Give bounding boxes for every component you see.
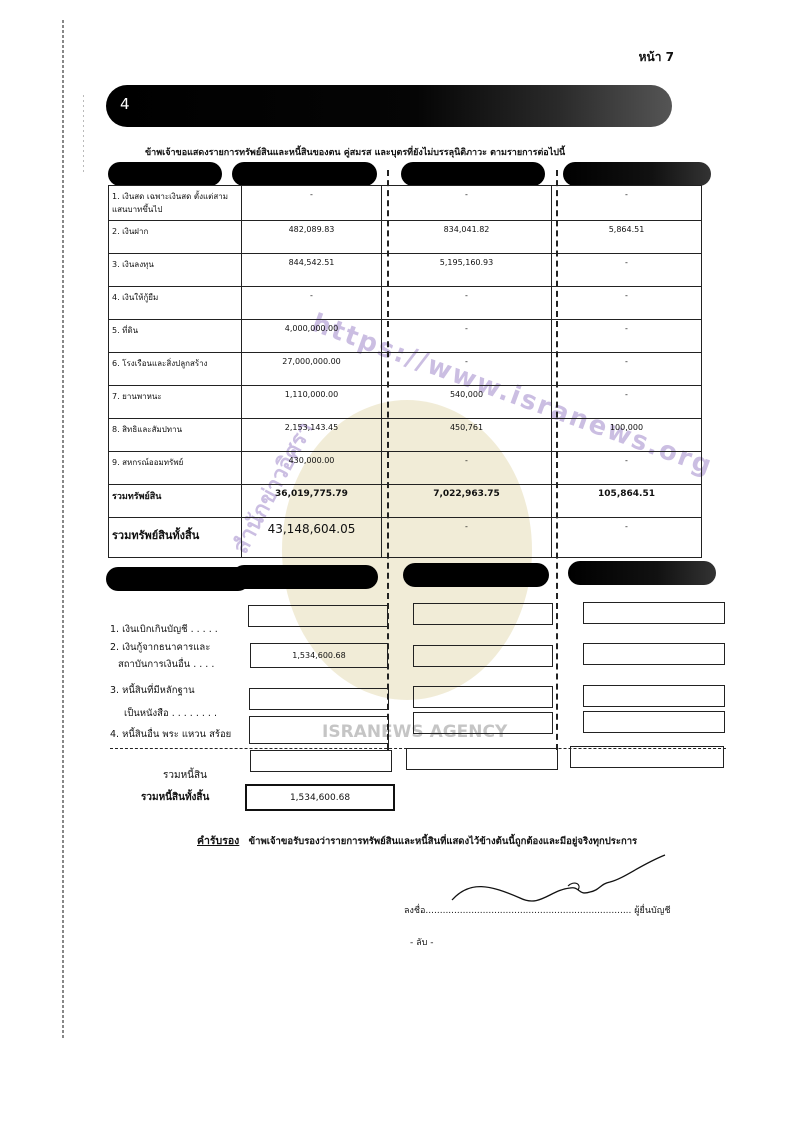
self-value: 482,089.83 [242, 221, 382, 254]
children-value: - [552, 452, 702, 485]
row-label: 5. ที่ดิน [109, 320, 242, 353]
liability-spouse-box-2 [413, 645, 553, 667]
spouse-value: - [382, 287, 552, 320]
certification-statement: คำรับรอง ข้าพเจ้าขอรับรองว่ารายการทรัพย์… [197, 832, 637, 849]
row-label: 3. เงินลงทุน [109, 254, 242, 287]
spouse-value: 5,195,160.93 [382, 254, 552, 287]
signature-line: ลงชื่อ..................................… [404, 903, 670, 917]
column-divider [556, 170, 558, 750]
certification-text: ข้าพเจ้าขอรับรองว่ารายการทรัพย์สินและหนี… [249, 836, 638, 847]
subtotal-label: รวมทรัพย์สิน [109, 485, 242, 518]
children-value: - [552, 186, 702, 221]
children-value: - [552, 254, 702, 287]
spouse-value: - [382, 320, 552, 353]
assets-grand-total-row: รวมทรัพย์สินทั้งสิ้น 43,148,604.05 - - [109, 518, 702, 558]
liability-label-3b: เป็นหนังสือ . . . . . . . . [124, 705, 217, 722]
liabilities-pill-item [106, 567, 250, 591]
self-value: 2,153,143.45 [242, 419, 382, 452]
spouse-value: - [382, 452, 552, 485]
liability-spouse-subtotal [406, 748, 558, 770]
self-value: 1,110,000.00 [242, 386, 382, 419]
liability-children-box-3 [583, 685, 725, 707]
liability-self-box-4 [249, 716, 389, 744]
header-pill-children [563, 162, 711, 186]
liability-label-2: 2. เงินกู้จากธนาคารและ [110, 639, 210, 656]
row-label: 6. โรงเรือนและสิ่งปลูกสร้าง [109, 353, 242, 386]
liability-children-box-4 [583, 711, 725, 733]
signature-icon [450, 850, 670, 910]
liability-spouse-box-1 [413, 603, 553, 625]
table-row: 8. สิทธิและสัมปทาน 2,153,143.45 450,761 … [109, 419, 702, 452]
children-value: - [552, 320, 702, 353]
header-pill-item [108, 162, 222, 186]
liability-self-box-3 [249, 688, 389, 710]
self-value: - [242, 287, 382, 320]
liability-self-subtotal [250, 750, 392, 772]
liabilities-grand-total-value: 1,534,600.68 [245, 784, 395, 811]
sign-prefix: ลงชื่อ..................................… [404, 906, 631, 916]
self-value: 27,000,000.00 [242, 353, 382, 386]
spouse-value: 450,761 [382, 419, 552, 452]
liability-label-1: 1. เงินเบิกเกินบัญชี . . . . . [110, 621, 218, 638]
children-value: - [552, 353, 702, 386]
spouse-grand-total: - [382, 518, 552, 558]
liability-label-2b: สถาบันการเงินอื่น . . . . [118, 656, 214, 673]
sign-suffix: ผู้ยื่นบัญชี [634, 906, 670, 916]
table-row: 9. สหกรณ์ออมทรัพย์ 430,000.00 - - [109, 452, 702, 485]
self-value: 430,000.00 [242, 452, 382, 485]
self-subtotal: 36,019,775.79 [242, 485, 382, 518]
children-subtotal: 105,864.51 [552, 485, 702, 518]
assets-table: 1. เงินสด เฉพาะเงินสด ตั้งแต่สามแสนบาทขึ… [108, 185, 702, 558]
header-pill-self [232, 162, 377, 186]
liability-children-subtotal [570, 746, 724, 768]
liability-spouse-box-4 [413, 712, 553, 734]
row-label: 7. ยานพาหนะ [109, 386, 242, 419]
liability-spouse-box-3 [413, 686, 553, 708]
scan-margin-line [83, 95, 84, 175]
spouse-value: 540,000 [382, 386, 552, 419]
liabilities-subtotal-label: รวมหนี้สิน [163, 768, 207, 783]
spouse-value: - [382, 186, 552, 221]
self-value: 844,542.51 [242, 254, 382, 287]
children-grand-total: - [552, 518, 702, 558]
intro-text: ข้าพเจ้าขอแสดงรายการทรัพย์สินและหนี้สินข… [145, 145, 565, 159]
row-label: 8. สิทธิและสัมปทาน [109, 419, 242, 452]
liability-children-box-2 [583, 643, 725, 665]
liabilities-pill-spouse [403, 563, 549, 587]
children-value: 5,864.51 [552, 221, 702, 254]
certification-title: คำรับรอง [197, 835, 239, 847]
grand-total-value: 43,148,604.05 [242, 518, 382, 558]
table-row: 6. โรงเรือนและสิ่งปลูกสร้าง 27,000,000.0… [109, 353, 702, 386]
spouse-subtotal: 7,022,963.75 [382, 485, 552, 518]
spouse-value: - [382, 353, 552, 386]
children-value: - [552, 386, 702, 419]
children-value: 100,000 [552, 419, 702, 452]
table-row: 1. เงินสด เฉพาะเงินสด ตั้งแต่สามแสนบาทขึ… [109, 186, 702, 221]
self-value: 4,000,000.00 [242, 320, 382, 353]
table-row: 5. ที่ดิน 4,000,000.00 - - [109, 320, 702, 353]
header-pill-spouse [401, 162, 545, 186]
table-row: 2. เงินฝาก 482,089.83 834,041.82 5,864.5… [109, 221, 702, 254]
scan-margin-line [62, 20, 64, 1040]
row-label: 9. สหกรณ์ออมทรัพย์ [109, 452, 242, 485]
grand-total-label: รวมทรัพย์สินทั้งสิ้น [109, 518, 242, 558]
liability-self-box-2: 1,534,600.68 [250, 643, 388, 668]
page-number: หน้า 7 [639, 48, 674, 67]
liability-children-box-1 [583, 602, 725, 624]
self-value: - [242, 186, 382, 221]
table-row: 4. เงินให้กู้ยืม - - - [109, 287, 702, 320]
liabilities-grand-total-label: รวมหนี้สินทั้งสิ้น [141, 790, 209, 805]
row-label: 4. เงินให้กู้ยืม [109, 287, 242, 320]
liabilities-pill-self [232, 565, 378, 589]
liabilities-pill-children [568, 561, 716, 585]
row-label: 2. เงินฝาก [109, 221, 242, 254]
liability-label-4: 4. หนี้สินอื่น พระ แหวน สร้อย [110, 726, 231, 743]
section-number: 4 [120, 95, 130, 113]
liability-label-3: 3. หนี้สินที่มีหลักฐาน [110, 682, 195, 699]
confidential-mark: - ลับ - [410, 935, 433, 949]
children-value: - [552, 287, 702, 320]
row-label: 1. เงินสด เฉพาะเงินสด ตั้งแต่สามแสนบาทขึ… [109, 186, 242, 221]
assets-subtotal-row: รวมทรัพย์สิน 36,019,775.79 7,022,963.75 … [109, 485, 702, 518]
table-row: 7. ยานพาหนะ 1,110,000.00 540,000 - [109, 386, 702, 419]
spouse-value: 834,041.82 [382, 221, 552, 254]
liability-self-box-1 [248, 605, 388, 627]
table-row: 3. เงินลงทุน 844,542.51 5,195,160.93 - [109, 254, 702, 287]
section-header-bar: 4 [106, 85, 672, 127]
